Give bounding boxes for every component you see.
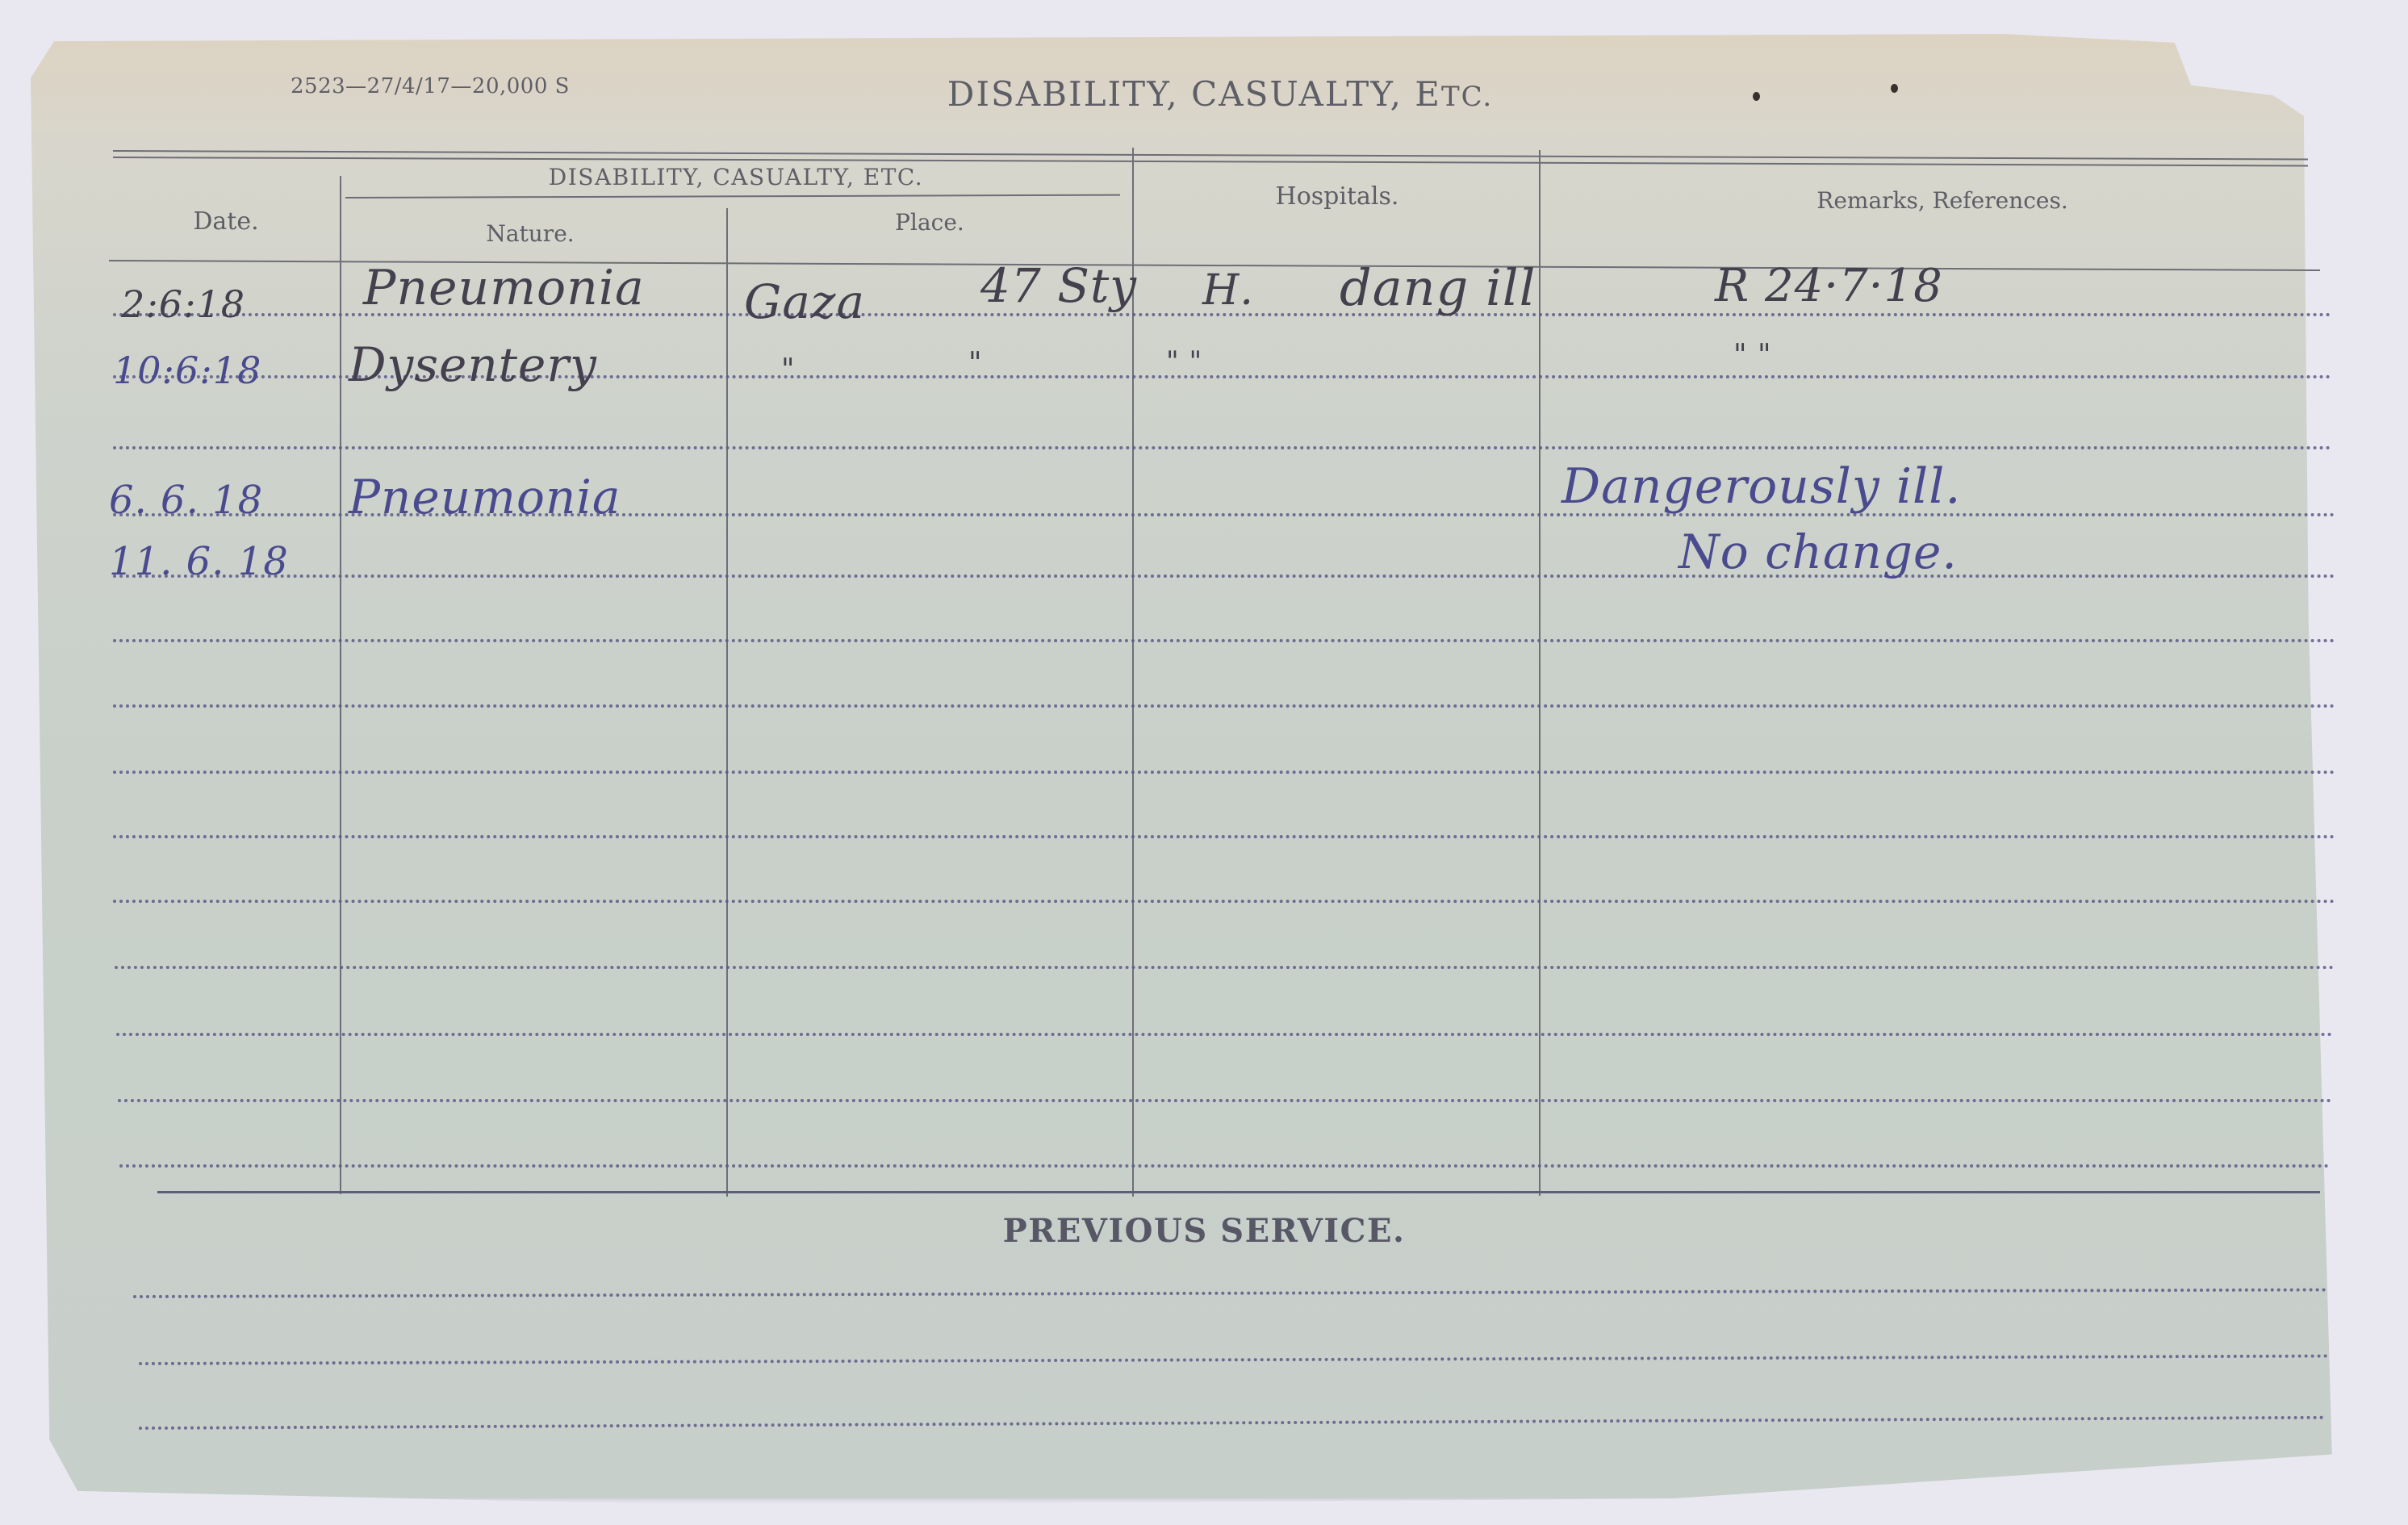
- dotted-row-line: [113, 835, 2336, 838]
- entry-2-remarks: " ": [1733, 339, 1772, 372]
- entry-2-date: 10:6:18: [113, 349, 261, 392]
- entry-1-place-unit: 47 Sty: [980, 258, 1137, 313]
- entry-1-nature: Pneumonia: [363, 260, 645, 316]
- header-hospitals: Hospitals.: [1135, 182, 1539, 211]
- entry-3-remarks: Dangerously ill.: [1561, 458, 1961, 515]
- header-nature: Nature.: [341, 220, 720, 247]
- dotted-row-line: [113, 639, 2336, 642]
- entry-2-place-unit: ": [968, 347, 983, 380]
- dotted-row-line: [113, 771, 2336, 774]
- header-date: Date.: [113, 207, 339, 236]
- entry-2-hospital: " ": [1166, 345, 1202, 378]
- card-title-main: DISABILITY, CASUALTY, E: [947, 74, 1441, 114]
- header-place: Place.: [728, 209, 1131, 236]
- column-divider-date-nature: [340, 176, 341, 1194]
- entry-1-hospital-note: dang ill: [1340, 258, 1536, 317]
- table-bottom-rule: [157, 1191, 2320, 1193]
- casualty-record-card: [31, 34, 2379, 1498]
- header-group-disability: DISABILITY, CASUALTY, ETC.: [341, 164, 1131, 190]
- dotted-row-line: [113, 704, 2336, 708]
- entry-1-date: 2:6:18: [121, 282, 245, 326]
- entry-2-place: ": [781, 353, 796, 386]
- previous-service-heading: PREVIOUS SERVICE.: [0, 1212, 2408, 1250]
- entry-4-date: 11. 6. 18: [109, 539, 289, 584]
- column-divider-hospitals-remarks: [1539, 150, 1541, 1196]
- entry-1-hospital: H.: [1202, 266, 1254, 315]
- entry-1-place: Gaza: [744, 274, 865, 329]
- entry-3-date: 6. 6. 18: [109, 478, 263, 523]
- dotted-row-line: [113, 900, 2336, 903]
- dotted-row-line: [119, 1164, 2331, 1168]
- entry-1-remarks: R 24·7·18: [1715, 260, 1943, 312]
- card-title-small: TC.: [1441, 81, 1493, 113]
- dotted-row-line: [115, 966, 2335, 969]
- dotted-row-line: [118, 1099, 2333, 1102]
- column-divider-nature-place: [726, 208, 728, 1197]
- dotted-row-line: [116, 1033, 2334, 1036]
- entry-3-nature: Pneumonia: [349, 470, 621, 524]
- entry-4-remarks: No change.: [1678, 524, 1958, 579]
- dotted-row-line: [113, 574, 2336, 578]
- dotted-row-line: [113, 446, 2332, 449]
- entry-2-nature: Dysentery: [349, 337, 597, 392]
- card-title: DISABILITY, CASUALTY, ETC.: [0, 74, 2408, 114]
- header-remarks: Remarks, References.: [1543, 187, 2342, 214]
